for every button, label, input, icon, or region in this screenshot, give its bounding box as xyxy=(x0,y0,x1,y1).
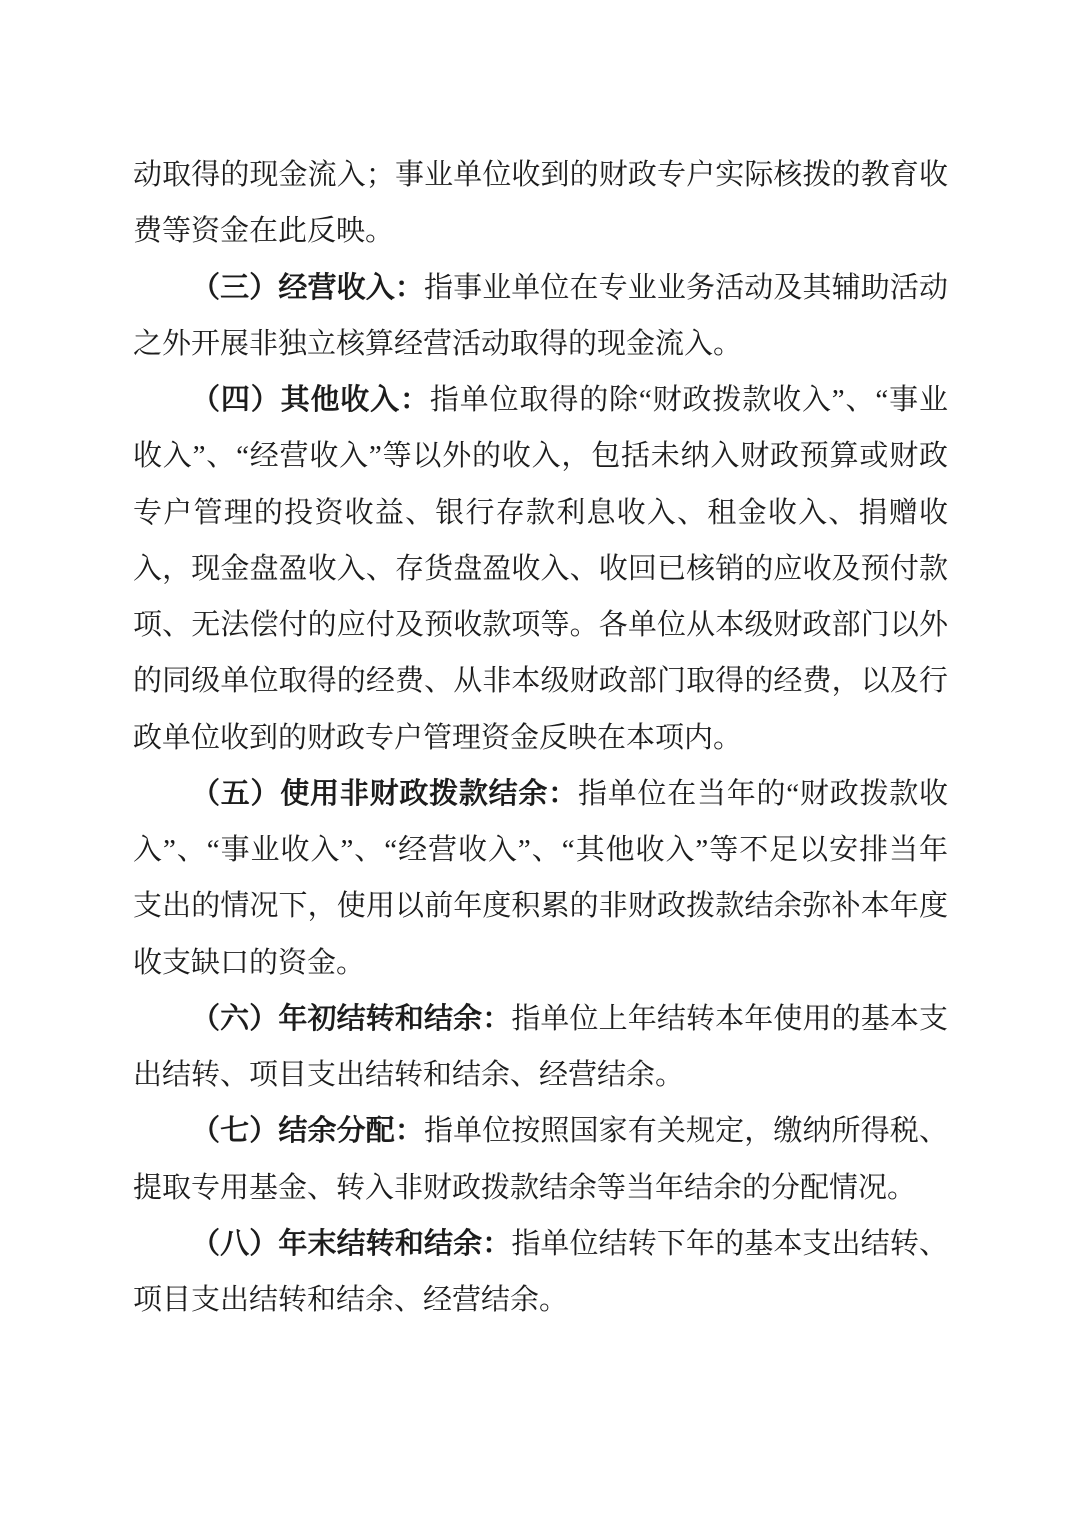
paragraph-body: 指单位取得的除“财政拨款收入”、“事业收入”、“经营收入”等以外的收入，包括未纳… xyxy=(133,384,948,754)
paragraph-body: 动取得的现金流入；事业单位收到的财政专户实际核拨的教育收费等资金在此反映。 xyxy=(133,159,948,247)
paragraph-lead: （五）使用非财政拨款结余： xyxy=(191,778,578,810)
paragraph-lead: （四）其他收入： xyxy=(191,384,430,416)
paragraph-lead: （八）年末结转和结余： xyxy=(191,1228,511,1260)
paragraph-lead: （七）结余分配： xyxy=(191,1115,424,1147)
paragraph-item-3: （三）经营收入：指事业单位在专业业务活动及其辅助活动之外开展非独立核算经营活动取… xyxy=(133,260,948,373)
paragraph-continuation: 动取得的现金流入；事业单位收到的财政专户实际核拨的教育收费等资金在此反映。 xyxy=(133,147,948,260)
document-page: 动取得的现金流入；事业单位收到的财政专户实际核拨的教育收费等资金在此反映。 （三… xyxy=(0,0,1075,1521)
paragraph-lead: （六）年初结转和结余： xyxy=(191,1003,511,1035)
paragraph-item-4: （四）其他收入：指单位取得的除“财政拨款收入”、“事业收入”、“经营收入”等以外… xyxy=(133,372,948,766)
paragraph-lead: （三）经营收入： xyxy=(191,272,424,304)
paragraph-item-8: （八）年末结转和结余：指单位结转下年的基本支出结转、项目支出结转和结余、经营结余… xyxy=(133,1216,948,1329)
document-content: 动取得的现金流入；事业单位收到的财政专户实际核拨的教育收费等资金在此反映。 （三… xyxy=(133,147,948,1328)
paragraph-item-6: （六）年初结转和结余：指单位上年结转本年使用的基本支出结转、项目支出结转和结余、… xyxy=(133,991,948,1104)
paragraph-item-5: （五）使用非财政拨款结余：指单位在当年的“财政拨款收入”、“事业收入”、“经营收… xyxy=(133,766,948,991)
paragraph-item-7: （七）结余分配：指单位按照国家有关规定，缴纳所得税、提取专用基金、转入非财政拨款… xyxy=(133,1103,948,1216)
